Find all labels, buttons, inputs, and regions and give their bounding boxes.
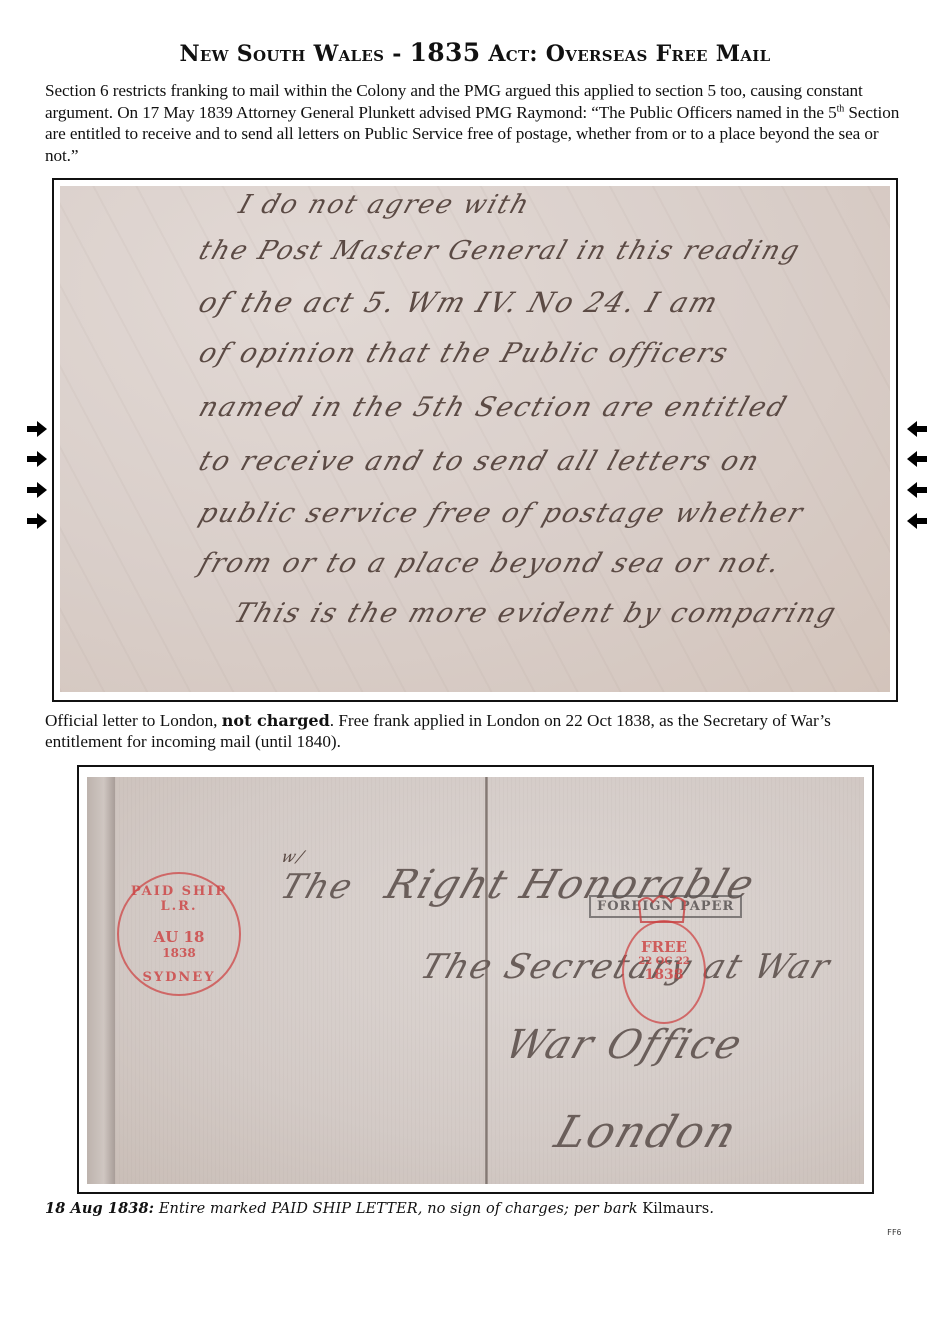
handwriting-line: I do not agree with [235, 190, 534, 220]
title-year: 1835 [410, 38, 481, 67]
handwriting-line: of the act 5. Wm IV. No 24. I am [195, 286, 724, 319]
title-part-1: New South Wales - [180, 41, 410, 67]
handwriting-line: from or to a place beyond sea or not. [195, 548, 786, 579]
intro-paragraph: Section 6 restricts franking to mail wit… [45, 80, 907, 166]
arrow-right-icon [27, 513, 47, 529]
title-part-3: Act: Overseas Free Mail [480, 41, 770, 67]
address-line: War Office [500, 1022, 750, 1068]
address-line: London [549, 1107, 745, 1158]
free-crown-stamp: FREE 22 OC 22 1838 [622, 920, 706, 1024]
arrow-left-icon [907, 482, 927, 498]
arrow-right-icon [27, 482, 47, 498]
caption2-end: . [709, 1201, 714, 1217]
cover-left-flap [87, 777, 115, 1184]
arrow-left-icon [907, 451, 927, 467]
cover-frame: PAID SHIP L.R. AU 18 1838 SYDNEY w/ The … [77, 765, 874, 1194]
page-reference: FF6 [887, 1228, 901, 1237]
manuscript-letter-frame: I do not agree with the Post Master Gene… [52, 178, 898, 702]
free-stamp-year: 1838 [624, 967, 704, 983]
page-title: New South Wales - 1835 Act: Overseas Fre… [0, 38, 950, 67]
arrow-right-icon [27, 421, 47, 437]
handwriting-line: the Post Master General in this reading [195, 236, 805, 266]
intro-text-1: Section 6 restricts franking to mail wit… [45, 81, 863, 122]
caption1-bold: not charged [222, 711, 330, 730]
handwriting-line: public service free of postage whether [195, 498, 808, 529]
caption2-text: Entire marked PAID SHIP LETTER, no sign … [154, 1201, 642, 1217]
caption-cover: 18 Aug 1838: Entire marked PAID SHIP LET… [45, 1198, 907, 1220]
handwriting-line: This is the more evident by comparing [230, 598, 841, 629]
caption-letter: Official letter to London, not charged. … [45, 710, 907, 752]
handwriting-line: of opinion that the Public officers [195, 338, 733, 369]
handwriting-line: to receive and to send all letters on [195, 446, 765, 477]
caption2-ship-name: Kilmaurs [642, 1201, 709, 1217]
manuscript-letter-image: I do not agree with the Post Master Gene… [60, 186, 890, 692]
stamp-date: AU 18 [119, 928, 239, 946]
arrow-left-icon [907, 513, 927, 529]
crown-icon [637, 892, 687, 926]
stamp-year: 1838 [119, 946, 239, 960]
stamp-ring-top: PAID SHIP L.R. [119, 884, 239, 914]
caption2-date: 18 Aug 1838: [45, 1200, 154, 1217]
address-line: The [276, 867, 360, 907]
handwriting-line: named in the 5th Section are entitled [195, 392, 792, 423]
arrow-left-icon [907, 421, 927, 437]
arrow-right-icon [27, 451, 47, 467]
paid-ship-letter-stamp: PAID SHIP L.R. AU 18 1838 SYDNEY [117, 872, 241, 996]
free-stamp-date: 22 OC 22 [624, 956, 704, 967]
docket-note: w/ [279, 847, 308, 866]
free-stamp-top: FREE [624, 938, 704, 956]
stamp-ring-bottom: SYDNEY [119, 970, 239, 985]
caption1-text-1: Official letter to London, [45, 711, 222, 730]
cover-image: PAID SHIP L.R. AU 18 1838 SYDNEY w/ The … [87, 777, 864, 1184]
